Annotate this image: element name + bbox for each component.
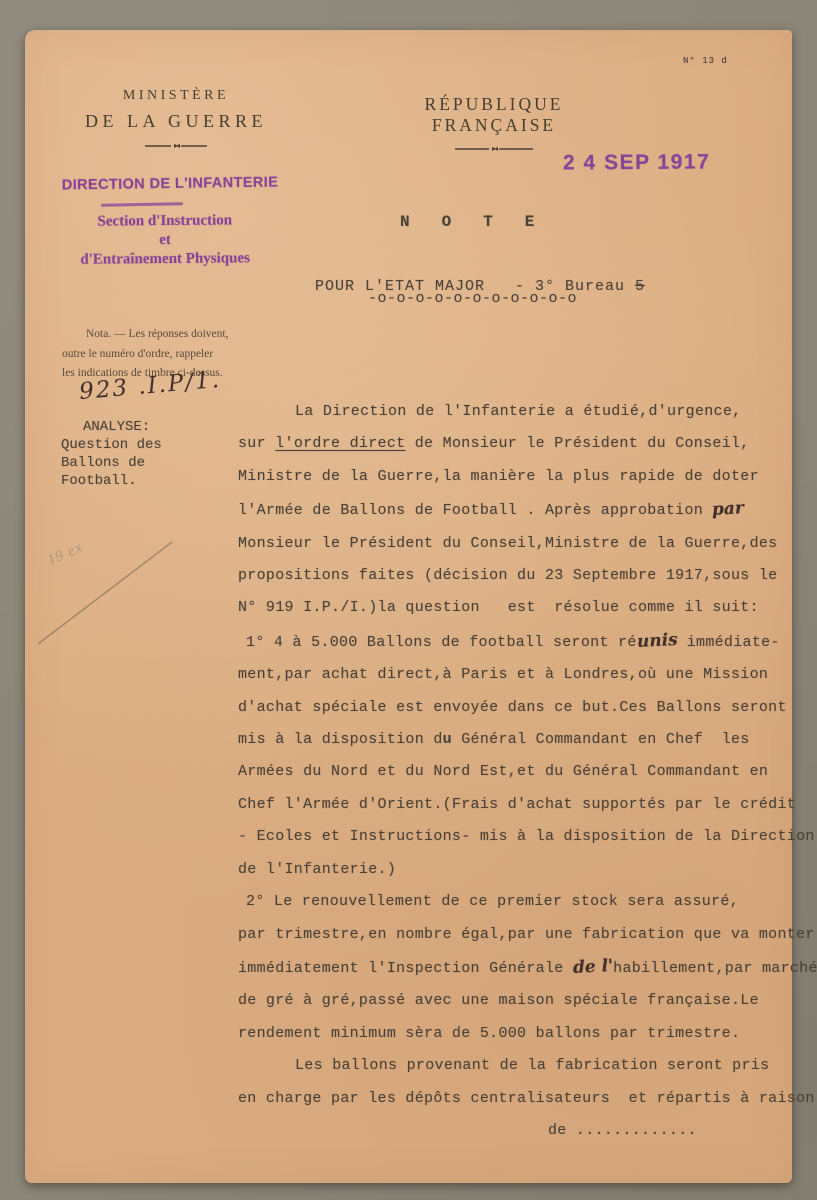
scan-background: { "colors":{"mat":"#8c8678","paper":"#dc… [0, 0, 817, 1200]
ministry-line1: MINISTÈRE [70, 88, 282, 104]
body-line: 1° 4 à 5.000 Ballons de football seront … [238, 625, 817, 659]
body-line: d'achat spéciale est envoyée dans ce but… [238, 692, 817, 724]
body-line: en charge par les dépôts centralisateurs… [238, 1083, 817, 1115]
republic-title: RÉPUBLIQUE FRANÇAISE [364, 94, 624, 136]
body-line: 2° Le renouvellement de ce premier stock… [238, 886, 817, 918]
body-line: l'Armée de Ballons de Football . Après a… [238, 493, 817, 527]
document-page: N° 13 d MINISTÈRE DE LA GUERRE ▸◂ DIRECT… [25, 30, 792, 1183]
pencil-check-line [38, 538, 178, 648]
republic-header: RÉPUBLIQUE FRANÇAISE ▸◂ [364, 94, 624, 153]
body-line: rendement minimum sèra de 5.000 ballons … [238, 1018, 817, 1050]
body-line: de ............. [238, 1115, 817, 1147]
direction-stamp-underline [101, 202, 183, 206]
ornament-divider: ▸◂ [70, 142, 282, 150]
body-line: Monsieur le Président du Conseil,Ministr… [238, 528, 817, 560]
analyse-block: ANALYSE:Question desBallons deFootball. [61, 418, 162, 490]
body-line: - Ecoles et Instructions- mis à la dispo… [238, 821, 817, 853]
section-stamp: Section d'Instructionetd'Entraînement Ph… [55, 211, 275, 270]
direction-stamp: DIRECTION DE L'INFANTERIE [46, 174, 294, 193]
note-subtitle-struck-char: 5 [635, 278, 645, 295]
body-line: La Direction de l'Infanterie a étudié,d'… [238, 396, 817, 428]
body-line: Chef l'Armée d'Orient.(Frais d'achat sup… [238, 789, 817, 821]
body-line: de l'Infanterie.) [238, 854, 817, 886]
body-line: Ministre de la Guerre,la manière la plus… [238, 461, 817, 493]
dash-o-separator: -o-o-o-o-o-o-o-o-o-o-o [368, 290, 577, 307]
body-line: sur l'ordre direct de Monsieur le Présid… [238, 428, 817, 460]
body-line: immédiatement l'Inspection Générale de l… [238, 951, 817, 985]
body-line: N° 919 I.P./I.)la question est résolue c… [238, 592, 817, 624]
body-line: Les ballons provenant de la fabrication … [238, 1050, 817, 1082]
date-stamp: 2 4 SEP 1917 [563, 150, 710, 175]
typed-body-text: La Direction de l'Infanterie a étudié,d'… [238, 396, 817, 1147]
body-line: propositions faites (décision du 23 Sept… [238, 560, 817, 592]
ministry-letterhead: MINISTÈRE DE LA GUERRE ▸◂ [70, 88, 282, 150]
body-line: mis à la disposition du Général Commanda… [238, 724, 817, 756]
body-line: par trimestre,en nombre égal,par une fab… [238, 919, 817, 951]
note-title: NOTE [400, 213, 566, 231]
ministry-line2: DE LA GUERRE [70, 111, 282, 132]
body-line: ment,par achat direct,à Paris et à Londr… [238, 659, 817, 691]
corner-reference: N° 13 d [683, 56, 728, 66]
body-line: de gré à gré,passé avec une maison spéci… [238, 985, 817, 1017]
body-line: Armées du Nord et du Nord Est,et du Géné… [238, 756, 817, 788]
